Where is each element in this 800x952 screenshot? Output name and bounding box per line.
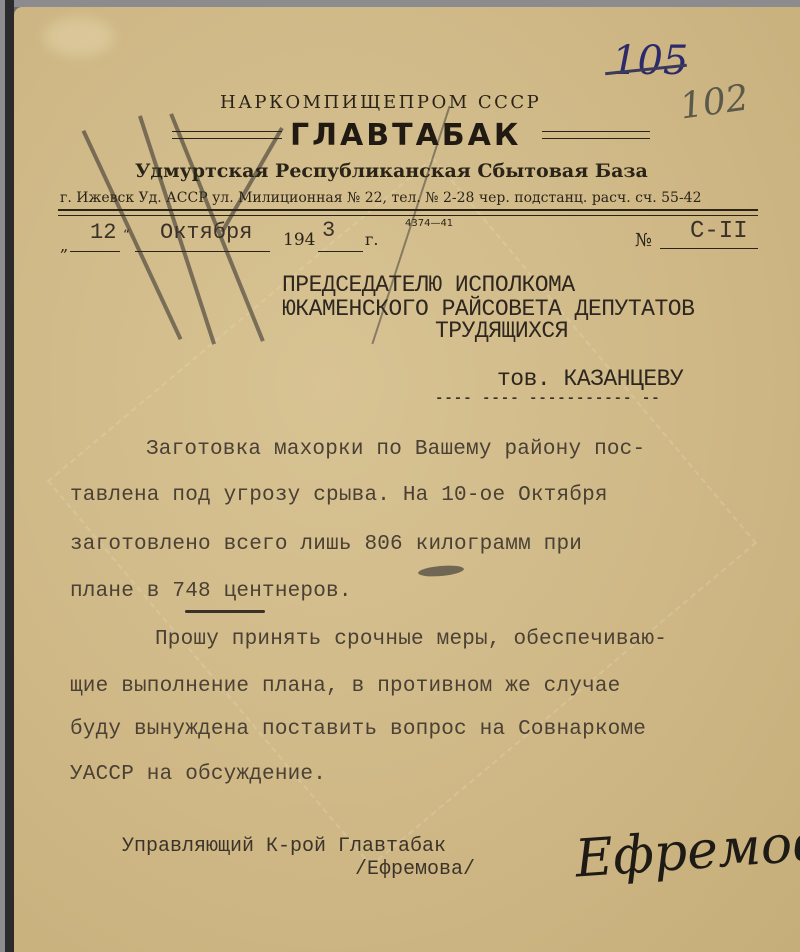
reference-number-label: № [635,230,652,251]
letterhead-organization: ГЛАВТАБАК [290,118,521,153]
folio-number-old: 105 [612,38,688,84]
date-year-prefix: 194 [283,230,315,250]
body-line: УАССР на обсуждение. [70,763,326,786]
date-year-label: г. [365,230,378,249]
print-code: 4374—41 [405,218,453,229]
paper-stain [44,17,114,57]
body-line: Прошу принять срочные меры, обеспечиваю- [155,628,667,651]
reference-number: С-II [690,218,748,245]
date-day: 12 [90,220,116,245]
date-year-suffix: 3 [322,218,335,243]
handwritten-underline [185,610,265,613]
letterhead-rule-left [172,131,282,139]
addressee-name: тов. КАЗАНЦЕВУ [497,366,683,392]
letterhead-rule-right [542,131,650,139]
addressee-line-1: ПРЕДСЕДАТЕЛЮ ИСПОЛКОМА [282,272,575,298]
body-line: заготовлено всего лишь 806 килограмм при [70,533,582,556]
letterhead-address: г. Ижевск Уд. АССР ул. Милиционная № 22,… [60,190,702,206]
signatory-title: Управляющий К-рой Главтабак [122,835,446,858]
letterhead-rule [58,209,758,216]
signatory-name: /Ефремова/ [355,858,475,881]
body-line: тавлена под угрозу срыва. На 10-ое Октяб… [70,484,608,507]
date-quote-close: “ [123,228,130,243]
date-month: Октября [160,220,252,245]
date-year-underline [318,251,363,252]
body-line: плане в 748 центнеров. [70,580,352,603]
letterhead-base: Удмуртская Республиканская Сбытовая База [135,160,648,182]
body-line: щие выполнение плана, в противном же слу… [70,675,621,698]
date-quote-open: „ [60,236,68,255]
addressee-line-3: ТРУДЯЩИХСЯ [435,318,568,344]
scan-frame-edge [0,0,5,952]
scan-frame-top [0,0,800,7]
body-line: Заготовка махорки по Вашему району пос- [146,438,645,461]
reference-number-underline [660,248,758,249]
addressee-dash-line: ---- ---- ----------- -- [435,391,661,407]
date-month-underline [135,251,270,252]
date-day-underline [70,251,120,252]
letterhead-ministry: НАРКОМПИЩЕПРОМ СССР [220,92,541,113]
body-line: буду вынуждена поставить вопрос на Совна… [70,718,646,741]
